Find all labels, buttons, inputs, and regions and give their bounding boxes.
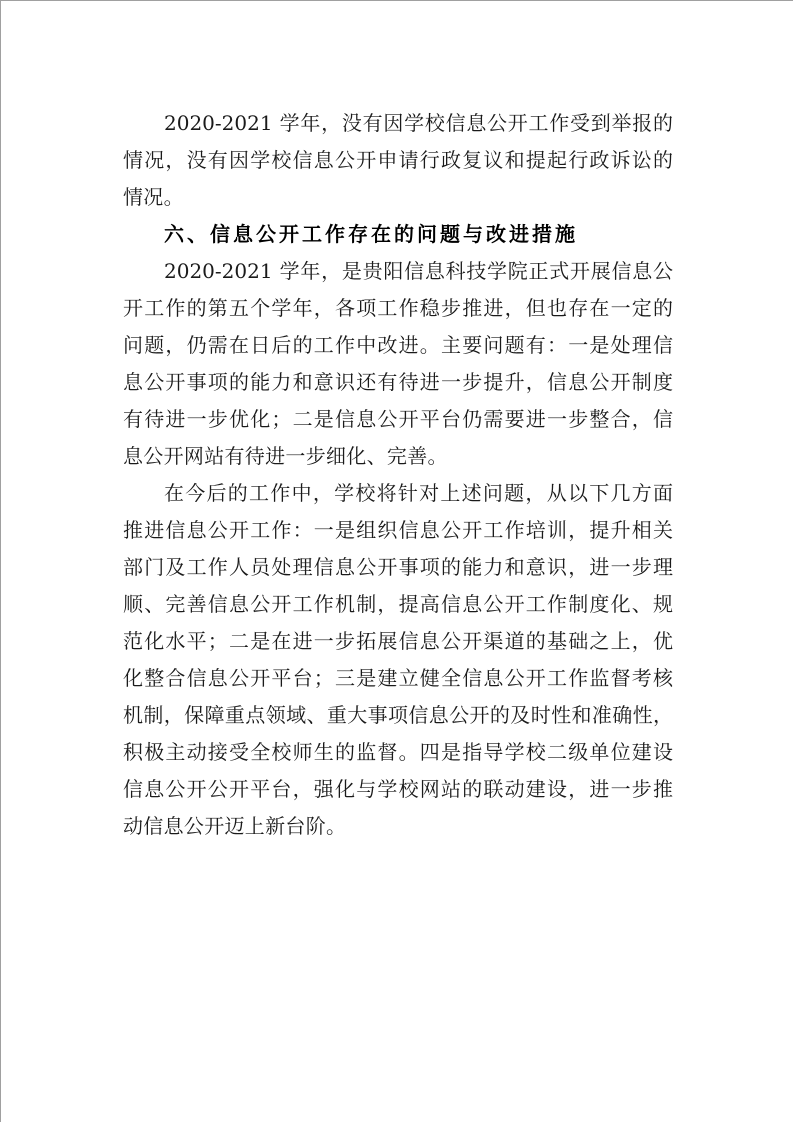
document-body: 2020-2021 学年，没有因学校信息公开工作受到举报的 情况，没有因学校信息…	[123, 105, 673, 845]
text-line: 积极主动接受全校师生的监督。四是指导学校二级单位建设	[123, 734, 673, 771]
text-line: 情况，没有因学校信息公开申请行政复议和提起行政诉讼的	[123, 142, 673, 179]
text-line: 推进信息公开工作：一是组织信息公开工作培训，提升相关	[123, 512, 673, 549]
text-line: 机制，保障重点领域、重大事项信息公开的及时性和准确性，	[123, 697, 673, 734]
paragraph-improvement-measures: 在今后的工作中，学校将针对上述问题，从以下几方面 推进信息公开工作：一是组织信息…	[123, 475, 673, 845]
text-line: 情况。	[123, 179, 673, 216]
text-line: 开工作的第五个学年，各项工作稳步推进，但也存在一定的	[123, 290, 673, 327]
text-line: 2020-2021 学年，没有因学校信息公开工作受到举报的	[123, 105, 673, 142]
text-line: 息公开网站有待进一步细化、完善。	[123, 438, 673, 475]
text-line: 2020-2021 学年，是贵阳信息科技学院正式开展信息公	[123, 253, 673, 290]
text-line: 有待进一步优化；二是信息公开平台仍需要进一步整合，信	[123, 401, 673, 438]
text-line: 动信息公开迈上新台阶。	[123, 808, 673, 845]
text-line: 顺、完善信息公开工作机制，提高信息公开工作制度化、规	[123, 586, 673, 623]
text-line: 在今后的工作中，学校将针对上述问题，从以下几方面	[123, 475, 673, 512]
paragraph-no-complaints: 2020-2021 学年，没有因学校信息公开工作受到举报的 情况，没有因学校信息…	[123, 105, 673, 216]
text-line: 问题，仍需在日后的工作中改进。主要问题有：一是处理信	[123, 327, 673, 364]
document-page: 2020-2021 学年，没有因学校信息公开工作受到举报的 情况，没有因学校信息…	[0, 0, 793, 1122]
text-line: 息公开事项的能力和意识还有待进一步提升，信息公开制度	[123, 364, 673, 401]
text-line: 信息公开公开平台，强化与学校网站的联动建设，进一步推	[123, 771, 673, 808]
text-line: 范化水平；二是在进一步拓展信息公开渠道的基础之上，优	[123, 623, 673, 660]
paragraph-problems: 2020-2021 学年，是贵阳信息科技学院正式开展信息公 开工作的第五个学年，…	[123, 253, 673, 475]
section-heading: 六、信息公开工作存在的问题与改进措施	[123, 216, 673, 253]
text-line: 部门及工作人员处理信息公开事项的能力和意识，进一步理	[123, 549, 673, 586]
text-line: 化整合信息公开平台；三是建立健全信息公开工作监督考核	[123, 660, 673, 697]
